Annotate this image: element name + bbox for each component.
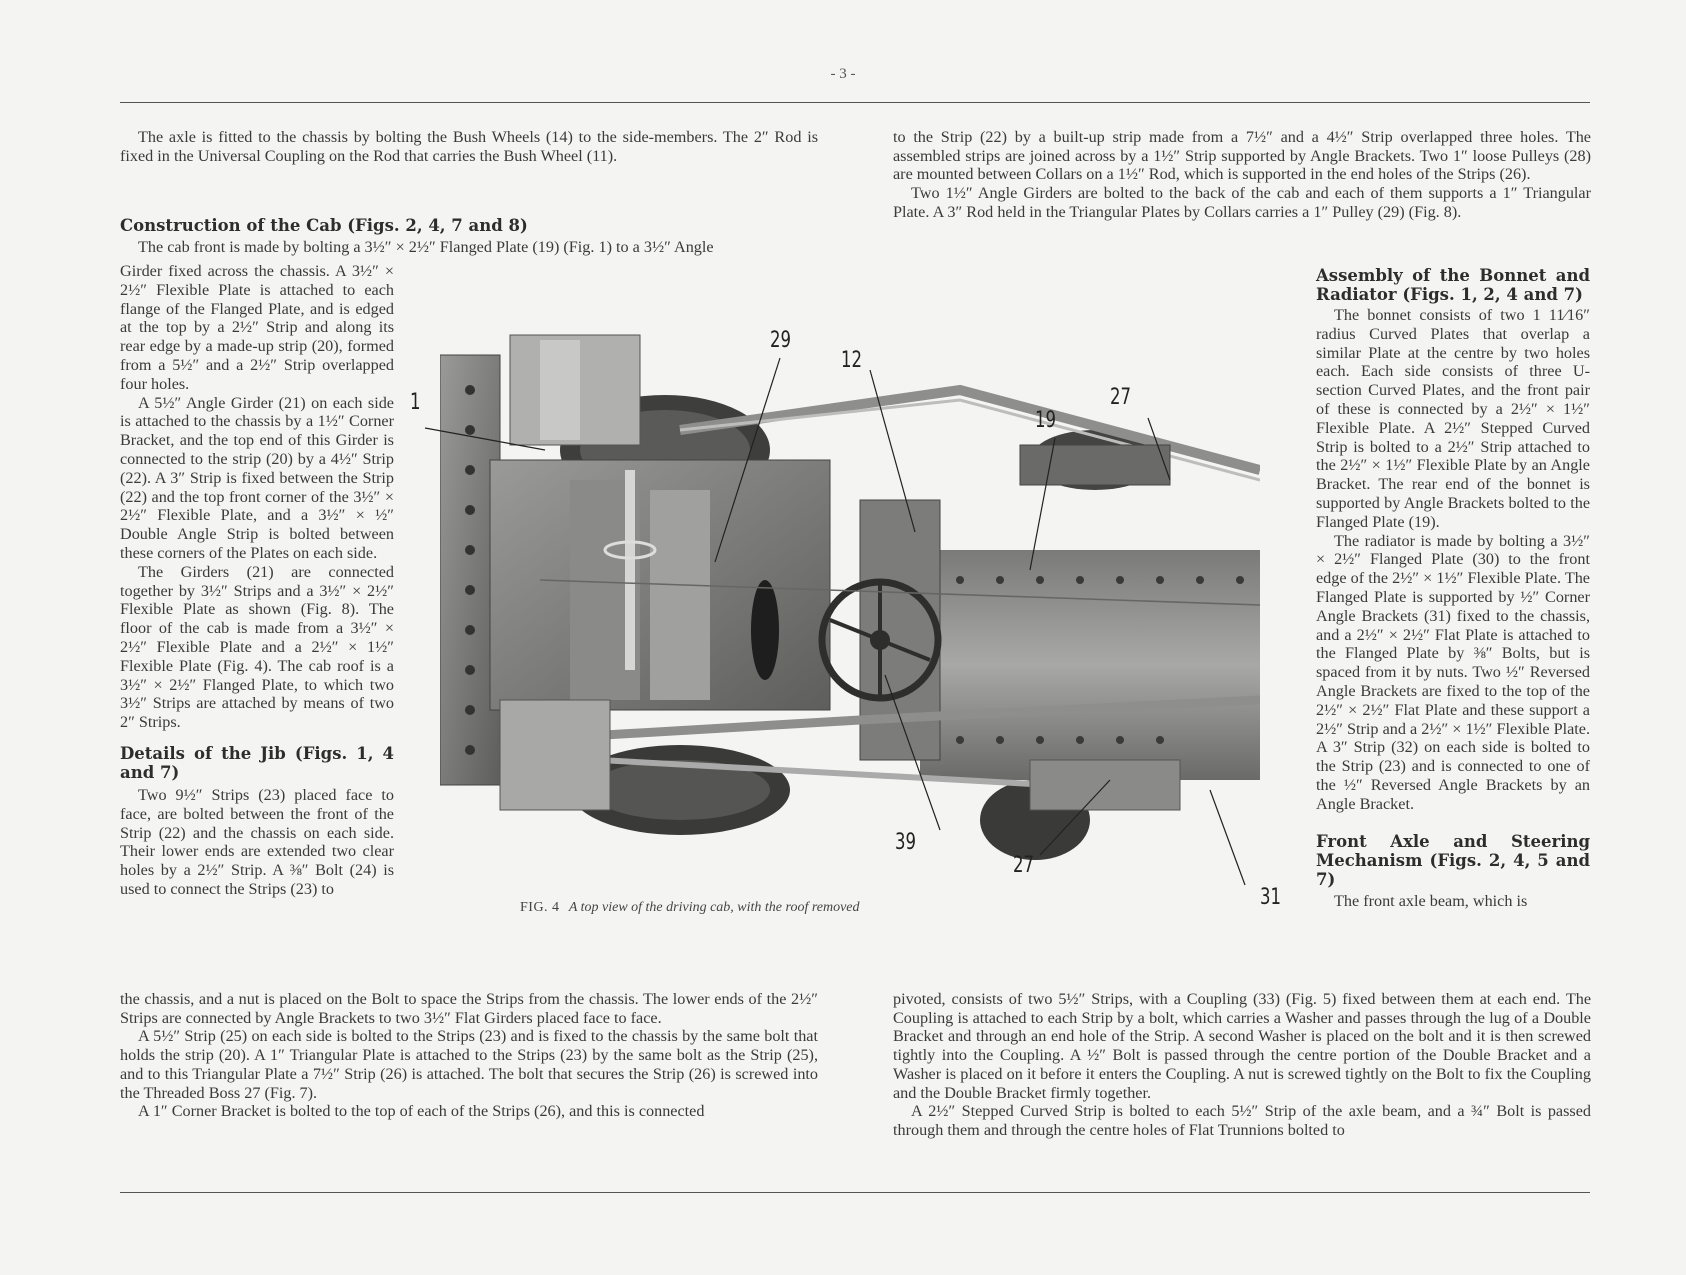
bonnet-paragraph-1: The bonnet consists of two 1 11⁄16″ radi…: [1316, 306, 1590, 532]
left-intro-block: The axle is fitted to the chassis by bol…: [120, 128, 818, 165]
cab-heading-figs: (Figs. 2, 4, 7 and 8): [347, 216, 528, 235]
jib-heading-title: Details of the Jib: [120, 744, 286, 763]
header-rule: [120, 102, 1590, 103]
bonnet-paragraph-2: The radiator is made by bolting a 3½″ × …: [1316, 532, 1590, 814]
bonnet-narrow-column: Assembly of the Bonnet and Radiator (Fig…: [1316, 266, 1590, 910]
page-number: - 3 -: [0, 66, 1686, 83]
intro-paragraph: The axle is fitted to the chassis by bol…: [120, 128, 818, 165]
axle-wide-block: pivoted, consists of two 5½″ Strips, wit…: [893, 990, 1591, 1140]
figure-label: FIG. 4: [520, 900, 560, 915]
footer-rule: [120, 1192, 1590, 1193]
cab-heading: Construction of the Cab (Figs. 2, 4, 7 a…: [120, 216, 820, 235]
right-paragraph-2: Two 1½″ Angle Girders are bolted to the …: [893, 184, 1591, 221]
right-top-block: to the Strip (22) by a built-up strip ma…: [893, 128, 1591, 222]
cab-paragraph-1: Girder fixed across the chassis. A 3½″ ×…: [120, 262, 394, 394]
figure-4: 1 29 12 19 27 39 27 31: [440, 300, 1260, 900]
cab-paragraph-2: A 5½″ Angle Girder (21) on each side is …: [120, 394, 394, 563]
figure-caption: FIG. 4 A top view of the driving cab, wi…: [520, 900, 860, 916]
jib-paragraph-2: A 5½″ Strip (25) on each side is bolted …: [120, 1027, 818, 1102]
cab-narrow-column: Girder fixed across the chassis. A 3½″ ×…: [120, 262, 394, 899]
jib-paragraph-3: A 1″ Corner Bracket is bolted to the top…: [120, 1102, 818, 1121]
cab-paragraph-1-first-line: The cab front is made by bolting a 3½″ ×…: [120, 238, 820, 257]
axle-paragraph-1-narrow: The front axle beam, which is: [1316, 892, 1590, 911]
axle-paragraph-2: A 2½″ Stepped Curved Strip is bolted to …: [893, 1102, 1591, 1139]
right-paragraph-1: to the Strip (22) by a built-up strip ma…: [893, 128, 1591, 184]
jib-paragraph-1-narrow: Two 9½″ Strips (23) placed face to face,…: [120, 786, 394, 899]
jib-heading: Details of the Jib (Figs. 1, 4 and 7): [120, 744, 394, 782]
callout-leader-lines: [410, 300, 1270, 920]
cab-paragraph-3: The Girders (21) are connected together …: [120, 563, 394, 732]
axle-paragraph-1-continued: pivoted, consists of two 5½″ Strips, wit…: [893, 990, 1591, 1102]
bonnet-heading-figs: (Figs. 1, 2, 4 and 7): [1402, 285, 1583, 304]
jib-wide-block: the chassis, and a nut is placed on the …: [120, 990, 818, 1121]
cab-heading-title: Construction of the Cab: [120, 216, 342, 235]
bonnet-heading: Assembly of the Bonnet and Radiator (Fig…: [1316, 266, 1590, 304]
axle-heading: Front Axle and Steering Mechanism (Figs.…: [1316, 832, 1590, 889]
figure-caption-text: A top view of the driving cab, with the …: [569, 900, 860, 915]
jib-paragraph-1-continued: the chassis, and a nut is placed on the …: [120, 990, 818, 1027]
cab-section: Construction of the Cab (Figs. 2, 4, 7 a…: [120, 216, 820, 257]
